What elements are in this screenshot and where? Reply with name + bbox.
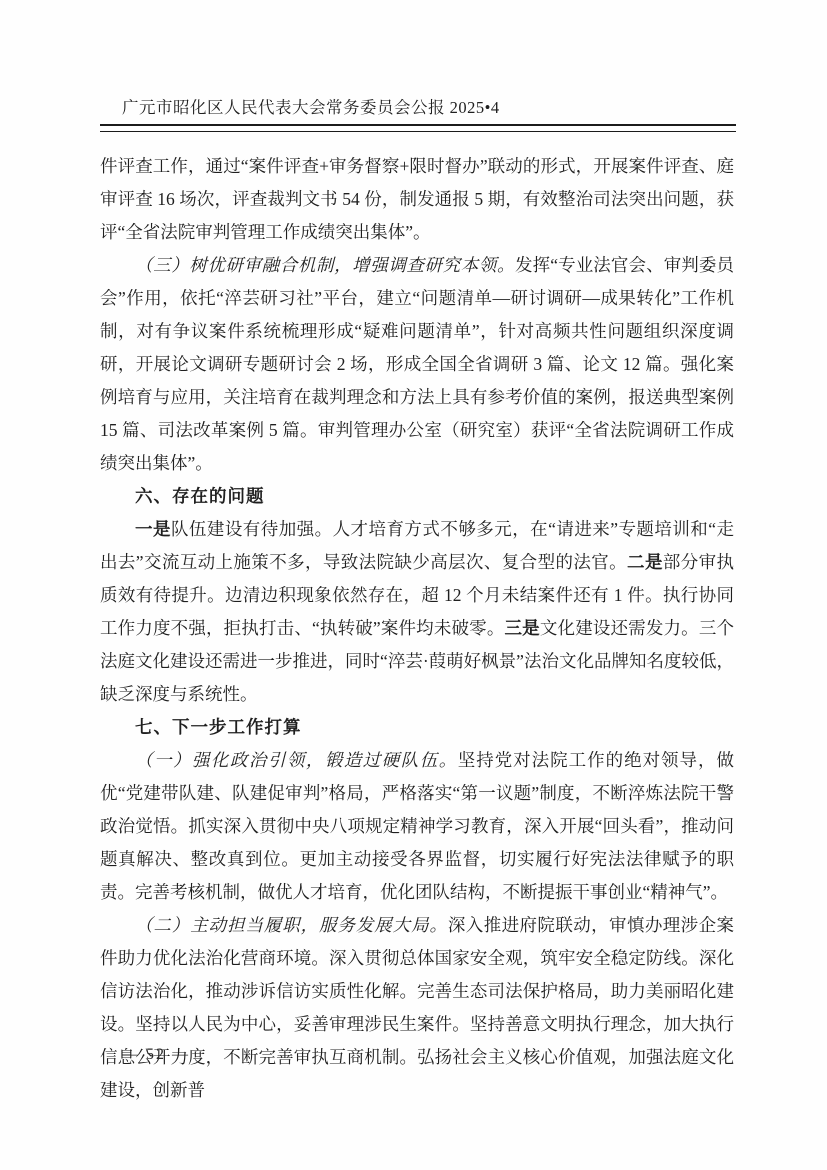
body-paragraph: 件评查工作，通过“案件评查+审务督察+限时督办”联动的形式，开展案件评查、庭审评…	[100, 150, 734, 249]
text-run-normal: 深入推进府院联动，审慎办理涉企案件助力优化法治化营商环境。深入贯彻总体国家安全观…	[100, 915, 734, 1100]
text-run-heading: 六、存在的问题	[135, 486, 265, 506]
header-double-rule	[100, 124, 736, 132]
gazette-header-title: 广元市昭化区人民代表大会常务委员会公报 2025•4	[100, 97, 736, 119]
body-paragraph: 一是队伍建设有待加强。人才培育方式不够多元，在“请进来”专题培训和“走出去”交流…	[100, 513, 734, 711]
text-run-bold: 二是	[627, 552, 663, 572]
text-run-kai: （二）主动担当履职，服务发展大局。	[135, 915, 448, 935]
body-paragraph: （二）主动担当履职，服务发展大局。深入推进府院联动，审慎办理涉企案件助力优化法治…	[100, 909, 734, 1107]
text-run-heading: 七、下一步工作打算	[135, 717, 302, 737]
page-number: — 52 —	[122, 1046, 190, 1063]
text-run-normal: 发挥“专业法官会、审判委员会”作用，依托“淬芸研习社”平台，建立“问题清单—研讨…	[100, 255, 734, 473]
text-run-kai: （三）树优研审融合机制，增强调查研究本领。	[135, 255, 515, 275]
page-footer: — 52 —	[122, 1044, 190, 1066]
document-body: 件评查工作，通过“案件评查+审务督察+限时督办”联动的形式，开展案件评查、庭审评…	[100, 150, 734, 1107]
body-paragraph: （三）树优研审融合机制，增强调查研究本领。发挥“专业法官会、审判委员会”作用，依…	[100, 249, 734, 480]
section-heading: 七、下一步工作打算	[100, 711, 734, 744]
page-header: 广元市昭化区人民代表大会常务委员会公报 2025•4	[100, 97, 736, 132]
text-run-bold: 三是	[505, 618, 540, 638]
text-run-kai: （一）强化政治引领，锻造过硬队伍。	[135, 750, 458, 770]
text-run-bold: 一是	[135, 519, 171, 539]
text-run-normal: 件评查工作，通过“案件评查+审务督察+限时督办”联动的形式，开展案件评查、庭审评…	[100, 156, 734, 242]
body-paragraph: （一）强化政治引领，锻造过硬队伍。坚持党对法院工作的绝对领导，做优“党建带队建、…	[100, 744, 734, 909]
text-run-normal: 坚持党对法院工作的绝对领导，做优“党建带队建、队建促审判”格局，严格落实“第一议…	[100, 750, 734, 902]
gazette-page: 广元市昭化区人民代表大会常务委员会公报 2025•4 件评查工作，通过“案件评查…	[0, 0, 827, 1170]
section-heading: 六、存在的问题	[100, 480, 734, 513]
